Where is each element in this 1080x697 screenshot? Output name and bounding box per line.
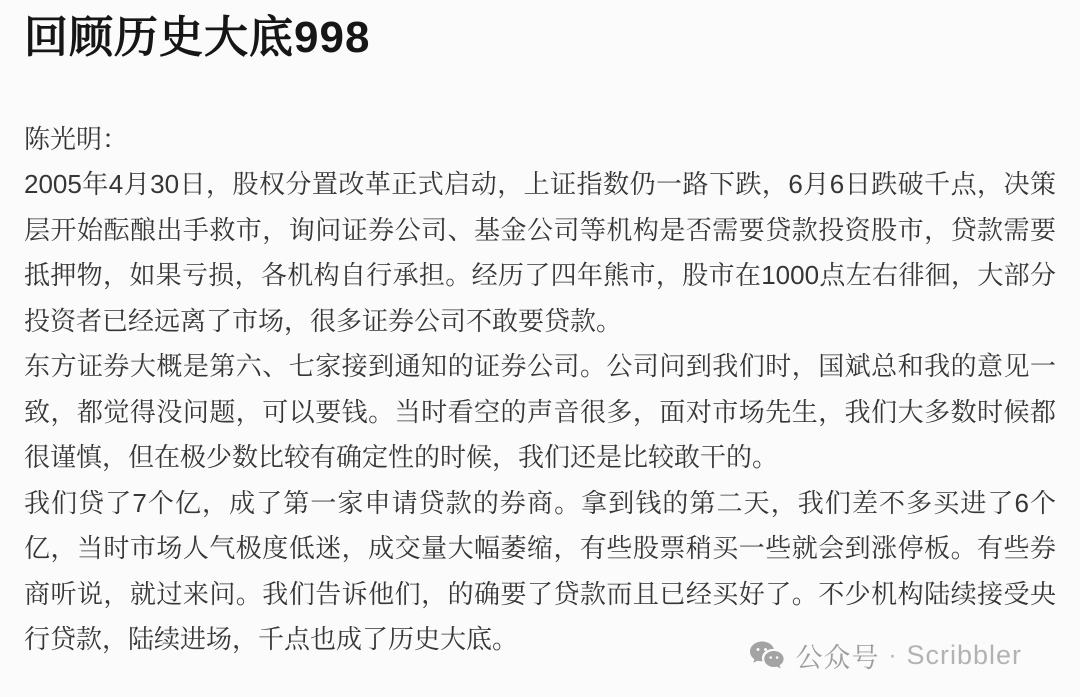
watermark-label: 公众号 · Scribbler	[795, 636, 1022, 675]
watermark-separator: ·	[888, 642, 897, 670]
page-title: 回顾历史大底998	[24, 12, 1056, 65]
watermark-brand: 公众号	[795, 636, 879, 675]
paragraph-1: 2005年4月30日，股权分置改革正式启动，上证指数仍一路下跌，6月6日跌破千点…	[24, 162, 1056, 344]
paragraph-2: 东方证券大概是第六、七家接到通知的证券公司。公司问到我们时，国斌总和我的意见一致…	[24, 344, 1056, 481]
article-page: 回顾历史大底998 陈光明： 2005年4月30日，股权分置改革正式启动，上证指…	[0, 0, 1080, 697]
author-line: 陈光明：	[24, 117, 1056, 163]
article-body: 陈光明： 2005年4月30日，股权分置改革正式启动，上证指数仍一路下跌，6月6…	[24, 117, 1056, 663]
wechat-icon	[749, 640, 785, 672]
watermark-name: Scribbler	[906, 640, 1022, 671]
watermark: 公众号 · Scribbler	[749, 636, 1022, 675]
